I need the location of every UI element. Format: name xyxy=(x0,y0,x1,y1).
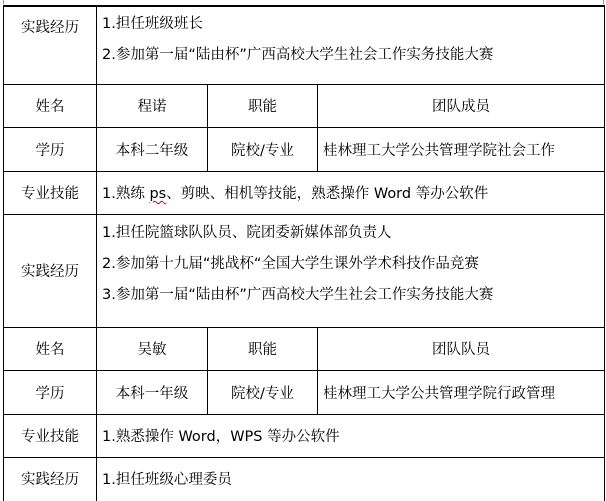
table-row-education-1: 学历 本科二年级 院校/专业 桂林理工大学公共管理学院社会工作 xyxy=(4,127,605,171)
table-row-skills-2: 专业技能 1.熟悉操作 Word，WPS 等办公软件 xyxy=(4,414,605,457)
experience-line: 2.参加第十九届“挑战杯“全国大学生课外学术科技作品竞赛 xyxy=(102,249,604,280)
label-cell: 实践经历 xyxy=(4,214,97,327)
school-major-value: 桂林理工大学公共管理学院社会工作 xyxy=(323,143,555,159)
row-label: 实践经历 xyxy=(21,20,79,36)
school-major-value-cell[interactable]: 桂林理工大学公共管理学院行政管理 xyxy=(318,370,605,414)
role-value: 团队成员 xyxy=(432,99,490,115)
table-row-education-2: 学历 本科一年级 院校/专业 桂林理工大学公共管理学院行政管理 xyxy=(4,370,605,414)
experience-line: 2.参加第一届“陆由杯”广西高校大学生社会工作实务技能大赛 xyxy=(102,40,604,71)
education-value: 本科一年级 xyxy=(116,386,189,402)
education-value: 本科二年级 xyxy=(116,143,189,159)
table-row-skills-1: 专业技能 1.熟练 ps、剪映、相机等技能，熟悉操作 Word 等办公软件 xyxy=(4,171,605,214)
spellcheck-flagged-word[interactable]: ps xyxy=(149,186,166,202)
role-label-cell: 职能 xyxy=(208,327,318,370)
role-value-cell[interactable]: 团队成员 xyxy=(318,84,605,127)
row-label: 实践经历 xyxy=(21,472,79,488)
skills-text: 1.熟悉操作 Word，WPS 等办公软件 xyxy=(102,429,340,445)
table-row-practice-2: 实践经历 1.担任院篮球队队员、院团委新媒体部负责人 2.参加第十九届“挑战杯“… xyxy=(4,214,605,327)
education-value-cell[interactable]: 本科二年级 xyxy=(97,127,208,171)
school-major-value: 桂林理工大学公共管理学院行政管理 xyxy=(323,386,555,402)
name-value-cell[interactable]: 程诺 xyxy=(97,84,208,127)
label-cell: 实践经历 xyxy=(4,457,97,501)
role-value-cell[interactable]: 团队队员 xyxy=(318,327,605,370)
table-row-name-1: 姓名 程诺 职能 团队成员 xyxy=(4,84,605,127)
skills-label-cell: 专业技能 xyxy=(4,171,97,214)
skills-label-cell: 专业技能 xyxy=(4,414,97,457)
education-label: 学历 xyxy=(36,386,65,402)
skills-value-cell[interactable]: 1.熟练 ps、剪映、相机等技能，熟悉操作 Word 等办公软件 xyxy=(97,171,605,214)
practice-experience-cell[interactable]: 1.担任班级心理委员 xyxy=(97,457,605,501)
name-value-cell[interactable]: 吴敏 xyxy=(97,327,208,370)
education-label: 学历 xyxy=(36,143,65,159)
skills-value-cell[interactable]: 1.熟悉操作 Word，WPS 等办公软件 xyxy=(97,414,605,457)
education-label-cell: 学历 xyxy=(4,127,97,171)
role-value: 团队队员 xyxy=(432,342,490,358)
table-row-name-2: 姓名 吴敏 职能 团队队员 xyxy=(4,327,605,370)
education-label-cell: 学历 xyxy=(4,370,97,414)
school-major-label-cell: 院校/专业 xyxy=(208,127,318,171)
experience-line: 3.参加第一届“陆由杯”广西高校大学生社会工作实务技能大赛 xyxy=(102,280,604,311)
page-corner-mark-left xyxy=(0,0,4,4)
skills-label: 专业技能 xyxy=(21,186,79,202)
experience-line: 1.担任班级心理委员 xyxy=(102,472,232,488)
name-value: 吴敏 xyxy=(138,342,167,358)
role-label: 职能 xyxy=(248,342,277,358)
page-corner-mark-right xyxy=(603,0,604,4)
school-major-value-cell[interactable]: 桂林理工大学公共管理学院社会工作 xyxy=(318,127,605,171)
skills-label: 专业技能 xyxy=(21,429,79,445)
name-label: 姓名 xyxy=(36,99,65,115)
education-value-cell[interactable]: 本科一年级 xyxy=(97,370,208,414)
table-row-practice-1: 实践经历 1.担任班级班长 2.参加第一届“陆由杯”广西高校大学生社会工作实务技… xyxy=(4,6,605,84)
table-row-practice-3: 实践经历 1.担任班级心理委员 xyxy=(4,457,605,501)
experience-line: 1.担任班级班长 xyxy=(102,9,604,40)
role-label-cell: 职能 xyxy=(208,84,318,127)
school-major-label-cell: 院校/专业 xyxy=(208,370,318,414)
school-major-label: 院校/专业 xyxy=(231,386,294,402)
name-label: 姓名 xyxy=(36,342,65,358)
member-info-table: 实践经历 1.担任班级班长 2.参加第一届“陆由杯”广西高校大学生社会工作实务技… xyxy=(3,5,605,501)
row-label: 实践经历 xyxy=(21,264,79,280)
practice-experience-cell[interactable]: 1.担任班级班长 2.参加第一届“陆由杯”广西高校大学生社会工作实务技能大赛 xyxy=(97,6,605,84)
skills-text-post: 、剪映、相机等技能，熟悉操作 Word 等办公软件 xyxy=(166,186,488,202)
practice-experience-cell[interactable]: 1.担任院篮球队队员、院团委新媒体部负责人 2.参加第十九届“挑战杯“全国大学生… xyxy=(97,214,605,327)
name-value: 程诺 xyxy=(138,99,167,115)
label-cell: 实践经历 xyxy=(4,6,97,84)
experience-line: 1.担任院篮球队队员、院团委新媒体部负责人 xyxy=(102,218,604,249)
name-label-cell: 姓名 xyxy=(4,327,97,370)
name-label-cell: 姓名 xyxy=(4,84,97,127)
role-label: 职能 xyxy=(248,99,277,115)
school-major-label: 院校/专业 xyxy=(231,143,294,159)
skills-text-pre: 1.熟练 xyxy=(102,186,149,202)
